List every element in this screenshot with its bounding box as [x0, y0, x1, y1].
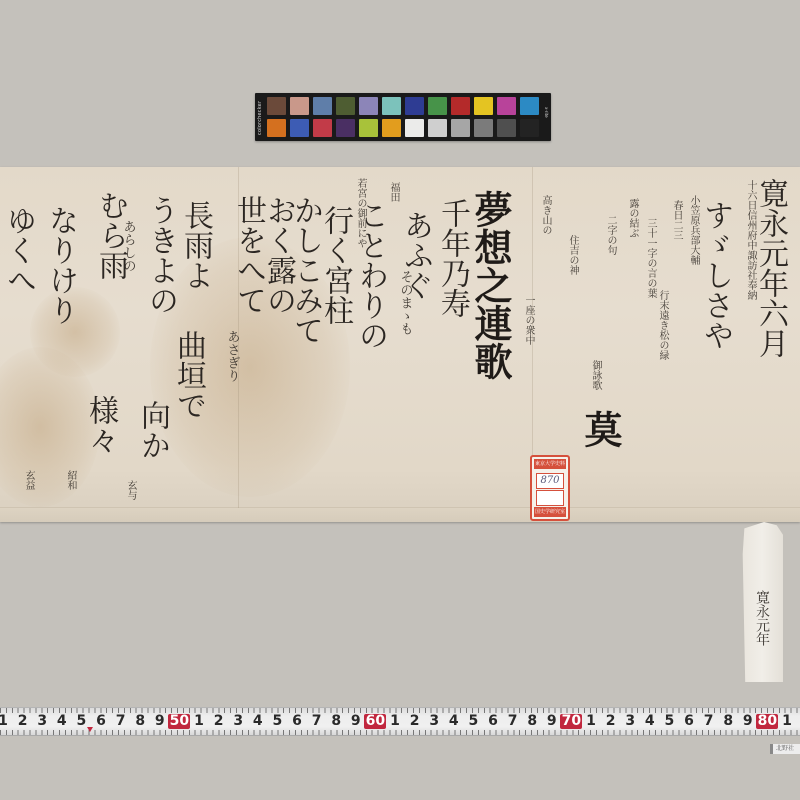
ruler-mark: 6 [486, 714, 500, 729]
manuscript-column: 千年乃寿 [437, 198, 467, 318]
color-patch [497, 97, 516, 115]
manuscript-column: 莫 [581, 410, 619, 448]
ruler-mark: 1 [780, 714, 794, 729]
color-patch [405, 97, 424, 115]
manuscript-column: 夢想之連歌 [471, 190, 509, 380]
manuscript-column: 十六日信州府中諏訪社奉納 [745, 180, 755, 300]
manuscript-column: 一座の衆中 [523, 295, 533, 345]
manuscript-column: 露の結ぶ [627, 198, 637, 238]
corner-label: 北野社 [770, 744, 800, 754]
ruler-mark: 2 [16, 714, 30, 729]
color-checker-card: colorchecker x-rite [255, 93, 551, 141]
ruler-mark: 9 [349, 714, 363, 729]
manuscript-column: おく露の [263, 195, 293, 315]
manuscript-column: あらしの [122, 220, 135, 272]
ruler-mark: 3 [623, 714, 637, 729]
ruler-ticks-bottom [0, 730, 800, 735]
ruler-mark: 5 [270, 714, 284, 729]
ruler-mark: 7 [702, 714, 716, 729]
ruler-mark: 3 [231, 714, 245, 729]
color-patch [428, 97, 447, 115]
ruler-mark: 1 [388, 714, 402, 729]
manuscript-column: 様々 [85, 395, 115, 455]
color-patch [267, 97, 286, 115]
manuscript-column: なりけり [45, 205, 75, 325]
catalog-number: 870 [536, 473, 564, 489]
color-patch [497, 119, 516, 137]
color-patch [451, 119, 470, 137]
library-label-footer: 国史学研究室 [534, 507, 566, 517]
ruler-major-mark: 80 [756, 714, 778, 729]
color-patch-grid [267, 97, 539, 137]
manuscript-column: うきよの [145, 195, 175, 315]
color-patch [520, 97, 539, 115]
manuscript-column: あさぎり [226, 330, 239, 382]
color-patch [290, 119, 309, 137]
ruler-mark: 7 [506, 714, 520, 729]
measuring-ruler: 1234567895012345678960123456789701234567… [0, 707, 800, 736]
ruler-mark: 7 [114, 714, 128, 729]
manuscript-column: 向か [137, 400, 167, 460]
manuscript-column: 行く宮柱 [320, 205, 350, 325]
ruler-mark: 5 [466, 714, 480, 729]
ruler-mark: 9 [741, 714, 755, 729]
color-patch [313, 97, 332, 115]
manuscript-column: 二字の句 [605, 215, 615, 255]
manuscript-scroll: 寛永元年六月十六日信州府中諏訪社奉納すゞしさや小笠原兵部大輔春日二三行末遠き松の… [0, 167, 800, 522]
color-patch [359, 119, 378, 137]
ruler-mark: 8 [329, 714, 343, 729]
manuscript-column: 住吉の神 [567, 235, 577, 275]
ruler-mark: 9 [545, 714, 559, 729]
hanging-tag-text: 寛永元年 [752, 590, 772, 646]
ruler-major-mark: 60 [364, 714, 386, 729]
manuscript-column: すゞしさや [700, 200, 730, 350]
ruler-mark: 2 [212, 714, 226, 729]
color-patch [382, 97, 401, 115]
manuscript-column: そのまゝも [399, 270, 412, 335]
manuscript-column: 春日二三 [671, 200, 681, 240]
ruler-mark: 4 [251, 714, 265, 729]
ruler-mark: 4 [55, 714, 69, 729]
manuscript-column: 玄与 [125, 480, 135, 500]
ruler-mark: 6 [682, 714, 696, 729]
manuscript-column: 世をへて [233, 195, 263, 315]
manuscript-column: 曲垣で [173, 330, 203, 420]
x-rite-logo: x-rite [542, 107, 549, 127]
manuscript-column: 長雨よ [180, 200, 210, 290]
manuscript-column: 若宮の御前にや [355, 178, 365, 248]
manuscript-column: 玄益 [23, 470, 33, 490]
color-patch [382, 119, 401, 137]
ruler-mark: 1 [192, 714, 206, 729]
color-checker-brand: colorchecker [257, 99, 265, 135]
manuscript-column: ゆくへ [3, 205, 33, 295]
color-patch [474, 119, 493, 137]
color-patch [428, 119, 447, 137]
ruler-mark: 7 [310, 714, 324, 729]
manuscript-column: 行末遠き松の緑 [657, 290, 667, 360]
color-patch [336, 119, 355, 137]
color-patch [359, 97, 378, 115]
ruler-mark: 3 [35, 714, 49, 729]
manuscript-column: 寛永元年六月 [755, 178, 785, 358]
ruler-major-mark: 50 [168, 714, 190, 729]
color-patch [267, 119, 286, 137]
ruler-mark: 2 [604, 714, 618, 729]
manuscript-column: 三十一字の言の葉 [645, 218, 655, 298]
ruler-mark: 4 [447, 714, 461, 729]
ruler-mark: 1 [584, 714, 598, 729]
ruler-mark: 1 [0, 714, 10, 729]
manuscript-column: 福田 [388, 182, 398, 202]
manuscript-column: 高き山の [540, 195, 550, 235]
manuscript-column: 紹和 [65, 470, 75, 490]
library-label-header: 東京大学史料編纂所 [534, 459, 566, 469]
manuscript-column: 小笠原兵部大輔 [688, 195, 698, 265]
ruler-mark: 5 [74, 714, 88, 729]
color-patch [290, 97, 309, 115]
ruler-mark: 2 [408, 714, 422, 729]
ruler-mark: 4 [643, 714, 657, 729]
ruler-mark: 5 [662, 714, 676, 729]
ruler-mark: 3 [427, 714, 441, 729]
catalog-blank-field [536, 490, 564, 506]
manuscript-column: 御詠歌 [590, 360, 600, 390]
color-patch [474, 97, 493, 115]
ruler-major-mark: 70 [560, 714, 582, 729]
ruler-mark: 6 [94, 714, 108, 729]
ruler-mark: 8 [133, 714, 147, 729]
library-catalog-label: 東京大学史料編纂所 870 国史学研究室 [530, 455, 570, 521]
ruler-mark: 8 [525, 714, 539, 729]
color-patch [451, 97, 470, 115]
color-patch [336, 97, 355, 115]
color-patch [313, 119, 332, 137]
ruler-mark: 6 [290, 714, 304, 729]
ruler-mark: 9 [153, 714, 167, 729]
ruler-mark: 8 [721, 714, 735, 729]
color-patch [520, 119, 539, 137]
color-patch [405, 119, 424, 137]
